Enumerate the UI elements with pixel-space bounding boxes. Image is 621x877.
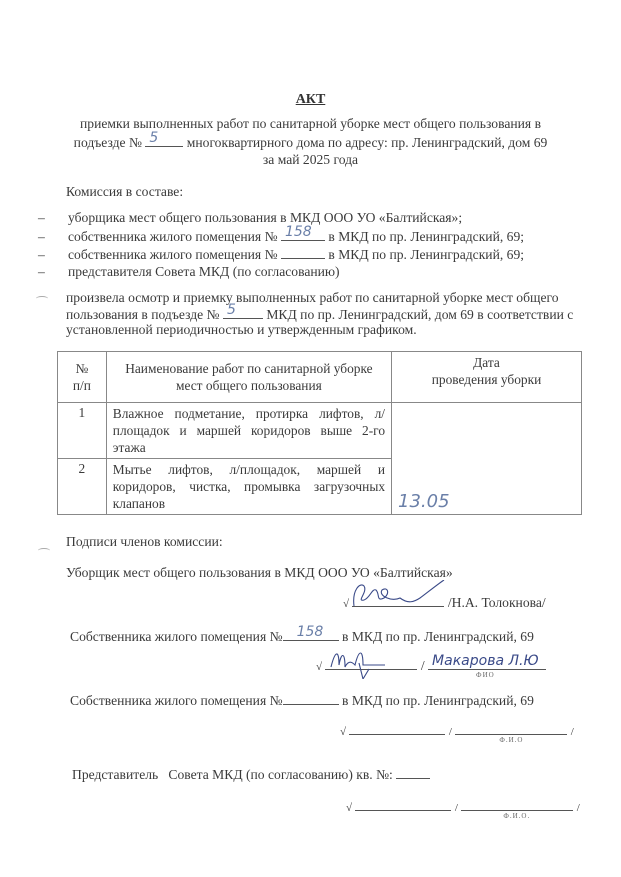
owner2-label-suffix: в МКД по пр. Ленинградский, 69 [342, 693, 534, 708]
member-text: собственника жилого помещения № [68, 229, 278, 244]
apartment-number-field[interactable]: 158 [281, 228, 325, 241]
owner2-signature-field[interactable] [349, 720, 445, 735]
bullet-dash: – [38, 210, 68, 226]
council-signature-field[interactable] [355, 796, 451, 811]
owner2-name-field[interactable]: Ф.И.О [455, 720, 567, 735]
fio-caption: Ф.И.О. [503, 812, 530, 820]
council-label: Представитель Совета МКД (по согласовани… [72, 766, 430, 783]
fio-caption: Ф.И.О [499, 736, 523, 744]
subtitle-address: многоквартирного дома по адресу: пр. Лен… [187, 135, 548, 150]
header-number: № п/п [58, 352, 107, 403]
owner2-label-prefix: Собственника жилого помещения № [70, 693, 283, 708]
table-header-row: № п/п Наименование работ по санитарной у… [58, 352, 582, 403]
signatures-heading: Подписи членов комиссии: [66, 534, 223, 550]
council-name-field[interactable]: Ф.И.О. [461, 796, 573, 811]
subtitle-period: за май 2025 года [0, 152, 621, 168]
owner1-name-field[interactable]: Макарова Л.Ю ФИО [428, 655, 546, 670]
header-number-line2: п/п [64, 377, 100, 394]
fio-caption: ФИО [476, 671, 495, 679]
owner1-label: Собственника жилого помещения №158 в МКД… [70, 628, 534, 645]
inspection-address: МКД по пр. Ленинградский, дом 69 в соотв… [266, 307, 573, 322]
margin-mark [36, 296, 48, 301]
subtitle-entrance-prefix: подъезде № [74, 135, 142, 150]
commission-member-4: –представителя Совета МКД (по согласован… [38, 264, 340, 280]
works-table: № п/п Наименование работ по санитарной у… [57, 351, 582, 515]
inspection-line-2: пользования в подъезде № 5 МКД по пр. Ле… [66, 306, 573, 323]
check-mark: √ [316, 661, 322, 673]
row-number: 1 [58, 403, 107, 459]
owner2-signature-line: √ / Ф.И.О / [340, 720, 574, 739]
bullet-dash: – [38, 247, 68, 263]
check-mark: √ [346, 802, 352, 814]
owner1-name-handwritten: Макарова Л.Ю [432, 653, 539, 669]
commission-member-3: –собственника жилого помещения № в МКД п… [38, 246, 524, 263]
inspection-entrance-prefix: пользования в подъезде № [66, 307, 220, 322]
row-description: Влажное подметание, протирка лифтов, л/п… [106, 403, 391, 459]
owner1-signature-line: √ / Макарова Л.Ю ФИО [316, 655, 546, 674]
header-work-name-line1: Наименование работ по санитарной уборке [113, 360, 385, 377]
document-title: АКТ [0, 92, 621, 108]
council-signature-line: √ / Ф.И.О. / [346, 796, 580, 815]
slash: / [455, 802, 458, 814]
cleaner-signature-field[interactable] [352, 592, 444, 607]
slash: / [421, 658, 425, 673]
member-text: уборщика мест общего пользования в МКД О… [68, 210, 462, 225]
header-work-name-line2: мест общего пользования [113, 377, 385, 394]
inspection-line-3: установленной периодичностью и утвержден… [66, 322, 417, 338]
owner2-apartment-field[interactable] [283, 692, 339, 705]
bullet-dash: – [38, 229, 68, 245]
table-row: 1 Влажное подметание, протирка лифтов, л… [58, 403, 582, 459]
date-cell[interactable]: 13.05 [392, 403, 582, 515]
member-text-suffix: в МКД по пр. Ленинградский, 69; [328, 229, 524, 244]
cleaner-name: /Н.А. Толокнова/ [448, 595, 546, 610]
owner1-apartment-handwritten: 158 [297, 624, 324, 640]
apartment-number-handwritten: 158 [285, 224, 312, 240]
check-mark: √ [340, 726, 346, 738]
row-description: Мытье лифтов, л/площадок, маршей и корид… [106, 459, 391, 515]
owner1-apartment-field[interactable]: 158 [283, 628, 339, 641]
header-number-line1: № [64, 360, 100, 377]
header-date-line1: Дата [398, 354, 575, 371]
subtitle-line-2: подъезде № 5 многоквартирного дома по ад… [0, 134, 621, 151]
member-text: представителя Совета МКД (по согласовани… [68, 264, 340, 279]
entrance-number-field[interactable]: 5 [145, 134, 183, 147]
cleaner-label: Уборщик мест общего пользования в МКД ОО… [66, 565, 453, 581]
owner1-label-suffix: в МКД по пр. Ленинградский, 69 [342, 629, 534, 644]
header-date-line2: проведения уборки [398, 371, 575, 388]
apartment-number-field[interactable] [281, 246, 325, 259]
handwritten-signature-icon [346, 580, 446, 610]
commission-member-1: –уборщика мест общего пользования в МКД … [38, 210, 462, 226]
slash: / [571, 726, 574, 738]
margin-mark [38, 548, 50, 553]
cleaner-signature-line: √ /Н.А. Толокнова/ [343, 592, 546, 611]
council-apartment-field[interactable] [396, 766, 430, 779]
owner2-label: Собственника жилого помещения № в МКД по… [70, 692, 534, 709]
bullet-dash: – [38, 264, 68, 280]
owner1-signature-field[interactable] [325, 655, 417, 670]
handwritten-signature-icon [329, 645, 399, 679]
inspection-entrance-handwritten: 5 [227, 302, 236, 318]
slash: / [577, 802, 580, 814]
entrance-number-handwritten: 5 [149, 130, 158, 146]
council-label-text: Представитель Совета МКД (по согласовани… [72, 767, 393, 782]
header-work-name: Наименование работ по санитарной уборке … [106, 352, 391, 403]
member-text-suffix: в МКД по пр. Ленинградский, 69; [328, 247, 524, 262]
inspection-line-1: произвела осмотр и приемку выполненных р… [66, 290, 559, 306]
commission-member-2: –собственника жилого помещения № 158 в М… [38, 228, 524, 245]
inspection-entrance-field[interactable]: 5 [223, 306, 263, 319]
row-number: 2 [58, 459, 107, 515]
member-text: собственника жилого помещения № [68, 247, 278, 262]
header-date: Дата проведения уборки [392, 352, 582, 403]
subtitle-line-1: приемки выполненных работ по санитарной … [0, 116, 621, 132]
slash: / [449, 726, 452, 738]
owner1-label-prefix: Собственника жилого помещения № [70, 629, 283, 644]
date-handwritten: 13.05 [398, 491, 450, 512]
commission-heading: Комиссия в составе: [66, 184, 183, 200]
